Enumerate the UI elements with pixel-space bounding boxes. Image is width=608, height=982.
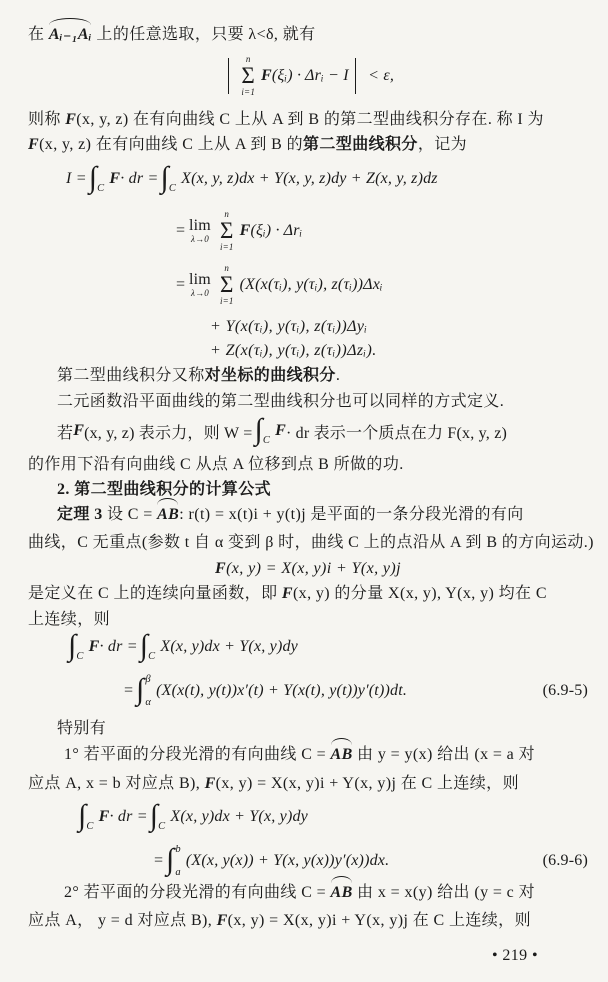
integral-lower-limit: a bbox=[175, 867, 180, 878]
integral-lower-limit: C bbox=[86, 821, 93, 832]
display-formula-6-9-6-line-2: = ∫ba (X(x, y(x)) + Y(x, y(x))y′(x))dx. … bbox=[28, 838, 588, 884]
sigma-icon: Σ bbox=[220, 220, 234, 242]
textbook-page: 在 Aᵢ₋₁Aᵢ 上的任意选取，只要 λ<δ, 就有 n Σ i=1 F (ξᵢ… bbox=[0, 0, 608, 982]
equals: = bbox=[175, 276, 186, 294]
limit-operator: lim λ→0 bbox=[189, 218, 211, 244]
text: (x, y, z) 表示力，则 W = bbox=[84, 420, 252, 443]
bold-term: 第二型曲线积分 bbox=[303, 136, 418, 153]
limit-operator: lim λ→0 bbox=[189, 272, 211, 298]
display-formula-6-9-5-line-2: = ∫βα (X(x(t), y(t))x′(t) + Y(x(t), y(t)… bbox=[28, 668, 588, 714]
text: (x, y) = X(x, y)i + Y(x, y)j 在 C 上连续，则 bbox=[216, 775, 519, 792]
text: 上的任意选取，只要 λ<δ, 就有 bbox=[92, 26, 316, 43]
text: 第二型曲线积分又称 bbox=[57, 367, 205, 384]
lim-label: lim bbox=[189, 218, 211, 234]
equals: = bbox=[153, 852, 164, 870]
integral-lower-limit: C bbox=[263, 435, 270, 446]
text: 1° 若平面的分段光滑的有向曲线 C = bbox=[64, 746, 331, 763]
formula-rhs: X(x, y)dx + Y(x, y)dy bbox=[170, 808, 308, 826]
vector-F: F bbox=[215, 560, 226, 577]
lim-label: lim bbox=[189, 272, 211, 288]
formula-mid: · dr = bbox=[100, 638, 138, 656]
formula-body: + Z(x(τᵢ), y(τᵢ), z(τᵢ))Δzᵢ). bbox=[210, 342, 377, 359]
display-formula-integral-def: I = ∫C F · dr = ∫C X(x, y, z)dx + Y(x, y… bbox=[28, 157, 588, 201]
sigma-icon: Σ bbox=[241, 65, 255, 87]
text: (x, y) = X(x, y)i + Y(x, y)j 在 C 上连续，则 bbox=[228, 912, 531, 929]
integral-lower-limit: C bbox=[97, 183, 104, 194]
sum-lower-limit: i=1 bbox=[220, 297, 234, 306]
equals: = bbox=[123, 682, 134, 700]
equation-number: (6.9-6) bbox=[543, 852, 588, 870]
text: ，记为 bbox=[418, 136, 467, 153]
formula-body: (X(x, y(x)) + Y(x, y(x))y′(x))dx. bbox=[186, 852, 389, 870]
display-formula-limit-2: = lim λ→0 n Σ i=1 (X(x(τᵢ), y(τᵢ), z(τᵢ)… bbox=[28, 258, 588, 312]
formula-body: (ξᵢ) · Δrᵢ − I bbox=[272, 67, 349, 85]
text: 2° 若平面的分段光滑的有向曲线 C = bbox=[64, 884, 331, 901]
paragraph-special-cases: 特别有 bbox=[57, 717, 588, 740]
vector-F: F bbox=[65, 111, 76, 128]
arc-overline: AB bbox=[331, 743, 353, 766]
text: 设 C = bbox=[103, 506, 158, 523]
sum-operator: n Σ i=1 bbox=[220, 210, 234, 252]
lhs: I = bbox=[66, 170, 87, 188]
paragraph-work-line-2: 的作用下沿有向曲线 C 从点 A 位移到点 B 所做的功. bbox=[28, 453, 588, 476]
formula-mid: · dr = bbox=[110, 808, 148, 826]
arc-overline: AB bbox=[157, 503, 179, 526]
text: 特别有 bbox=[57, 720, 106, 737]
abs-bar-left bbox=[228, 58, 229, 94]
sum-operator: n Σ i=1 bbox=[220, 264, 234, 306]
formula-rhs: X(x, y, z)dx + Y(x, y, z)dy + Z(x, y, z)… bbox=[181, 170, 438, 188]
sum-lower-limit: i=1 bbox=[220, 243, 234, 252]
formula-body: (x, y) = X(x, y)i + Y(x, y)j bbox=[226, 560, 401, 577]
integral-icon: ∫ bbox=[160, 165, 168, 191]
formula-body: (X(x(τᵢ), y(τᵢ), z(τᵢ))Δxᵢ bbox=[240, 276, 383, 294]
page-number-text: • 219 • bbox=[492, 947, 538, 964]
paragraph-work-line-1: 若 F (x, y, z) 表示力，则 W = ∫C F · dr 表示一个质点… bbox=[57, 409, 588, 453]
body-line-definition-2: F(x, y, z) 在有向曲线 C 上从 A 到 B 的第二型曲线积分，记为 bbox=[28, 133, 588, 156]
integral-operator: ∫C bbox=[68, 634, 87, 660]
section-heading: 2. 第二型曲线积分的计算公式 bbox=[57, 478, 588, 501]
display-formula-F-components: F(x, y) = X(x, y)i + Y(x, y)j bbox=[28, 557, 588, 580]
integral-icon: ∫ bbox=[140, 633, 148, 659]
integral-icon: ∫ bbox=[166, 847, 174, 873]
text: 则称 bbox=[28, 111, 65, 128]
text: 是定义在 C 上的连续向量函数，即 bbox=[28, 585, 282, 602]
sigma-icon: Σ bbox=[220, 274, 234, 296]
integral-operator: ∫C bbox=[150, 804, 169, 830]
integral-icon: ∫ bbox=[136, 677, 144, 703]
integral-operator: ∫C bbox=[140, 634, 159, 660]
curve-name: Aᵢ₋₁Aᵢ bbox=[49, 26, 92, 43]
formula-body: + Y(x(τᵢ), y(τᵢ), z(τᵢ))Δyᵢ bbox=[210, 318, 367, 335]
paragraph-alt-name: 第二型曲线积分又称对坐标的曲线积分. bbox=[57, 364, 588, 387]
integral-icon: ∫ bbox=[254, 417, 262, 443]
integral-operator: ∫C bbox=[254, 418, 273, 444]
text: (x, y, z) 在有向曲线 C 上从 A 到 B 的 bbox=[39, 136, 303, 153]
case-1-line-2: 应点 A, x = b 对应点 B), F(x, y) = X(x, y)i +… bbox=[28, 772, 588, 795]
page-number: • 219 • bbox=[28, 944, 538, 967]
case-1-line-1: 1° 若平面的分段光滑的有向曲线 C = AB 由 y = y(x) 给出 (x… bbox=[64, 743, 588, 766]
vector-F: F bbox=[217, 912, 228, 929]
integral-lower-limit: C bbox=[148, 651, 155, 662]
vector-F: F bbox=[73, 422, 84, 440]
sum-operator: n Σ i=1 bbox=[241, 55, 255, 97]
theorem-label: 定理 3 bbox=[57, 506, 103, 523]
equals: = bbox=[175, 222, 186, 240]
integral-icon: ∫ bbox=[89, 165, 97, 191]
formula-body: (ξᵢ) · Δrᵢ bbox=[251, 222, 303, 240]
vector-F: F bbox=[240, 222, 251, 240]
text: 应点 A， y = d 对应点 B), bbox=[28, 912, 217, 929]
text: : r(t) = x(t)i + y(t)j 是平面的一条分段光滑的有向 bbox=[179, 506, 523, 523]
theorem-line-2: 曲线，C 无重点(参数 t 自 α 变到 β 时，曲线 C 上的点沿从 A 到 … bbox=[28, 531, 588, 554]
curve-name: AB bbox=[157, 506, 179, 523]
theorem-line-3: 是定义在 C 上的连续向量函数，即 F(x, y) 的分量 X(x, y), Y… bbox=[28, 582, 588, 605]
formula-body: (X(x(t), y(t))x′(t) + Y(x(t), y(t))y′(t)… bbox=[156, 682, 407, 700]
vector-F: F bbox=[275, 422, 286, 440]
lim-subscript: λ→0 bbox=[191, 235, 209, 244]
lim-subscript: λ→0 bbox=[191, 289, 209, 298]
arc-overline: AB bbox=[331, 881, 353, 904]
bold-term: 对坐标的曲线积分 bbox=[205, 367, 336, 384]
curve-name: AB bbox=[331, 884, 353, 901]
text: (x, y) 的分量 X(x, y), Y(x, y) 均在 C bbox=[293, 585, 547, 602]
case-2-line-1: 2° 若平面的分段光滑的有向曲线 C = AB 由 x = x(y) 给出 (y… bbox=[64, 881, 588, 904]
formula-mid: · dr = bbox=[120, 170, 158, 188]
abs-bar-right bbox=[355, 58, 356, 94]
vector-F: F bbox=[261, 67, 272, 85]
text: 的作用下沿有向曲线 C 从点 A 位移到点 B 所做的功. bbox=[28, 456, 404, 473]
sum-lower-limit: i=1 bbox=[241, 88, 255, 97]
integral-icon: ∫ bbox=[78, 803, 86, 829]
vector-F: F bbox=[99, 808, 110, 826]
body-line-definition-1: 则称 F(x, y, z) 在有向曲线 C 上从 A 到 B 的第二型曲线积分存… bbox=[28, 108, 588, 131]
integral-lower-limit: C bbox=[76, 651, 83, 662]
integral-operator: ∫C bbox=[89, 166, 108, 192]
body-line-selection: 在 Aᵢ₋₁Aᵢ 上的任意选取，只要 λ<δ, 就有 bbox=[28, 23, 588, 46]
curve-name: AB bbox=[331, 746, 353, 763]
text: 在 bbox=[28, 26, 49, 43]
display-formula-continuation-z: + Z(x(τᵢ), y(τᵢ), z(τᵢ))Δzᵢ). bbox=[210, 339, 588, 362]
integral-operator: ∫C bbox=[160, 166, 179, 192]
text: 由 y = y(x) 给出 (x = a 对 bbox=[353, 746, 535, 763]
vector-F: F bbox=[109, 170, 120, 188]
integral-icon: ∫ bbox=[68, 633, 76, 659]
inequality: < ε, bbox=[368, 67, 394, 85]
heading-text: 2. 第二型曲线积分的计算公式 bbox=[57, 481, 271, 498]
case-2-line-2: 应点 A， y = d 对应点 B), F(x, y) = X(x, y)i +… bbox=[28, 909, 588, 932]
equation-number: (6.9-5) bbox=[543, 682, 588, 700]
integral-lower-limit: α bbox=[145, 697, 151, 708]
integral-operator: ∫ba bbox=[166, 844, 184, 878]
display-formula-epsilon-def: n Σ i=1 F (ξᵢ) · Δrᵢ − I < ε, bbox=[28, 52, 588, 100]
text: 由 x = x(y) 给出 (y = c 对 bbox=[353, 884, 535, 901]
text: . bbox=[336, 367, 340, 384]
theorem-line-1: 定理 3 设 C = AB: r(t) = x(t)i + y(t)j 是平面的… bbox=[57, 503, 588, 526]
text: 曲线，C 无重点(参数 t 自 α 变到 β 时，曲线 C 上的点沿从 A 到 … bbox=[28, 534, 594, 551]
display-formula-continuation-y: + Y(x(τᵢ), y(τᵢ), z(τᵢ))Δyᵢ bbox=[210, 315, 588, 338]
text: 若 bbox=[57, 420, 73, 443]
integral-operator: ∫βα bbox=[136, 674, 154, 708]
text: 应点 A, x = b 对应点 B), bbox=[28, 775, 205, 792]
text: · dr 表示一个质点在力 F(x, y, z) bbox=[286, 420, 507, 443]
vector-F: F bbox=[282, 585, 293, 602]
vector-F: F bbox=[28, 136, 39, 153]
vector-F: F bbox=[205, 775, 216, 792]
text: (x, y, z) 在有向曲线 C 上从 A 到 B 的第二型曲线积分存在. 称… bbox=[76, 111, 544, 128]
display-formula-6-9-5-line-1: ∫C F · dr = ∫C X(x, y)dx + Y(x, y)dy bbox=[28, 626, 588, 668]
integral-operator: ∫C bbox=[78, 804, 97, 830]
arc-overline: Aᵢ₋₁Aᵢ bbox=[49, 23, 92, 46]
integral-upper-limit: b bbox=[175, 844, 180, 855]
integral-lower-limit: C bbox=[169, 183, 176, 194]
display-formula-limit-1: = lim λ→0 n Σ i=1 F (ξᵢ) · Δrᵢ bbox=[28, 206, 588, 256]
vector-F: F bbox=[89, 638, 100, 656]
integral-icon: ∫ bbox=[150, 803, 158, 829]
integral-lower-limit: C bbox=[158, 821, 165, 832]
text: 二元函数沿平面曲线的第二型曲线积分也可以同样的方式定义. bbox=[57, 393, 504, 410]
formula-rhs: X(x, y)dx + Y(x, y)dy bbox=[160, 638, 298, 656]
integral-upper-limit: β bbox=[145, 674, 151, 685]
display-formula-6-9-6-line-1: ∫C F · dr = ∫C X(x, y)dx + Y(x, y)dy bbox=[28, 796, 588, 838]
